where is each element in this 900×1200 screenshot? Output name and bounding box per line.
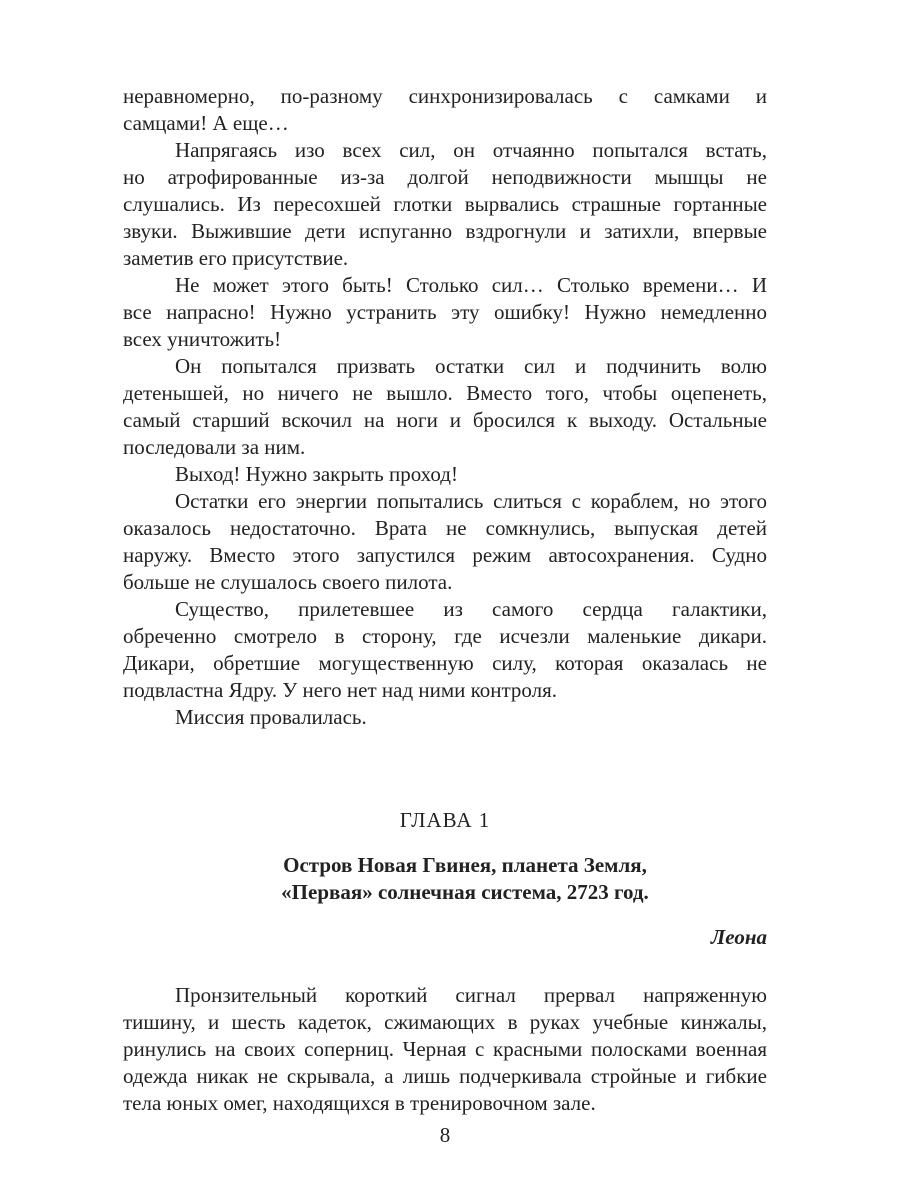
subtitle-line: «Первая» солнечная система, 2723 год. — [163, 879, 767, 906]
text-line: заметив его присутствие. — [123, 245, 767, 272]
text-line: ринулись на своих соперниц. Черная с кра… — [123, 1036, 767, 1063]
text-line: всех уничтожить! — [123, 326, 767, 353]
paragraph: Напрягаясь изо всех сил, он отчаянно поп… — [123, 137, 767, 272]
subtitle-line: Остров Новая Гвинея, планета Земля, — [163, 852, 767, 879]
text-line: Миссия провалилась. — [123, 704, 767, 731]
subtitle: Остров Новая Гвинея, планета Земля, «Пер… — [163, 852, 767, 906]
text-line: Существо, прилетевшее из самого сердца г… — [123, 596, 767, 623]
text-line: самцами! А еще… — [123, 110, 767, 137]
book-page: неравномерно, по-разному синхронизировал… — [0, 0, 900, 1200]
text-line: Напрягаясь изо всех сил, он отчаянно поп… — [123, 137, 767, 164]
page-number: 8 — [123, 1122, 767, 1149]
text-line: но атрофированные из-за долгой неподвижн… — [123, 164, 767, 191]
text-line: оказалось недостаточно. Врата не сомкнул… — [123, 515, 767, 542]
text-line: все напрасно! Нужно устранить эту ошибку… — [123, 299, 767, 326]
text-line: Он попытался призвать остатки сил и подч… — [123, 353, 767, 380]
text-line: звуки. Выжившие дети испуганно вздрогнул… — [123, 218, 767, 245]
text-line: детенышей, но ничего не вышло. Вместо то… — [123, 380, 767, 407]
text-line: Выход! Нужно закрыть проход! — [123, 461, 767, 488]
paragraph: Существо, прилетевшее из самого сердца г… — [123, 596, 767, 704]
paragraph: неравномерно, по-разному синхронизировал… — [123, 83, 767, 137]
paragraph: Он попытался призвать остатки сил и подч… — [123, 353, 767, 461]
text-line: Не может этого быть! Столько сил… Стольк… — [123, 272, 767, 299]
paragraph: Миссия провалилась. — [123, 704, 767, 731]
text-line: Дикари, обретшие могущественную силу, ко… — [123, 650, 767, 677]
text-line: слушались. Из пересохшей глотки вырвалис… — [123, 191, 767, 218]
text-line: Пронзительный короткий сигнал прервал на… — [123, 982, 767, 1009]
text-line: самый старший вскочил на ноги и бросился… — [123, 407, 767, 434]
text-line: обреченно смотрело в сторону, где исчезл… — [123, 623, 767, 650]
text-line: больше не слушалось своего пилота. — [123, 569, 767, 596]
text-line: неравномерно, по-разному синхронизировал… — [123, 83, 767, 110]
text-column: неравномерно, по-разному синхронизировал… — [123, 83, 767, 1149]
text-line: подвластна Ядру. У него нет над ними кон… — [123, 677, 767, 704]
author-name: Леона — [123, 924, 767, 951]
closing-paragraph: Пронзительный короткий сигнал прервал на… — [123, 982, 767, 1117]
text-line: тела юных омег, находящихся в тренировоч… — [123, 1090, 767, 1117]
paragraph: Не может этого быть! Столько сил… Стольк… — [123, 272, 767, 353]
text-line: последовали за ним. — [123, 434, 767, 461]
text-line: одежда никак не скрывала, а лишь подчерк… — [123, 1063, 767, 1090]
text-line: тишину, и шесть кадеток, сжимающих в рук… — [123, 1009, 767, 1036]
paragraph: Остатки его энергии попытались слиться с… — [123, 488, 767, 596]
text-line: наружу. Вместо этого запустился режим ав… — [123, 542, 767, 569]
paragraph: Выход! Нужно закрыть проход! — [123, 461, 767, 488]
chapter-heading: ГЛАВА 1 — [123, 807, 767, 834]
text-line: Остатки его энергии попытались слиться с… — [123, 488, 767, 515]
